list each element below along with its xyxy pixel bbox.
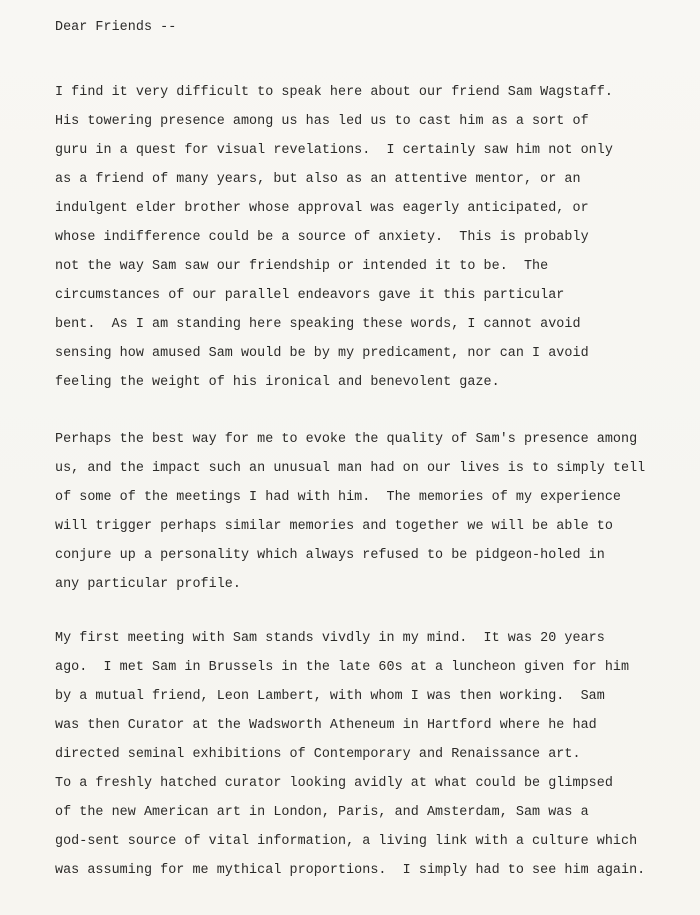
paragraph-3: My first meeting with Sam stands vivdly …: [55, 628, 695, 889]
paragraph-line: To a freshly hatched curator looking avi…: [55, 773, 695, 802]
paragraph-line: us, and the impact such an unusual man h…: [55, 458, 695, 487]
paragraph-line: of the new American art in London, Paris…: [55, 802, 695, 831]
paragraph-line: will trigger perhaps similar memories an…: [55, 516, 695, 545]
paragraph-line: was assuming for me mythical proportions…: [55, 860, 695, 889]
paragraph-line: any particular profile.: [55, 574, 695, 603]
salutation: Dear Friends --: [55, 17, 695, 46]
paragraph-line: directed seminal exhibitions of Contempo…: [55, 744, 695, 773]
paragraph-1: I find it very difficult to speak here a…: [55, 82, 695, 401]
paragraph-line: His towering presence among us has led u…: [55, 111, 695, 140]
paragraph-line: indulgent elder brother whose approval w…: [55, 198, 695, 227]
paragraph-line: by a mutual friend, Leon Lambert, with w…: [55, 686, 695, 715]
paragraph-line: Perhaps the best way for me to evoke the…: [55, 429, 695, 458]
letter-page: Dear Friends -- I find it very difficult…: [0, 0, 700, 915]
paragraph-line: as a friend of many years, but also as a…: [55, 169, 695, 198]
paragraph-line: circumstances of our parallel endeavors …: [55, 285, 695, 314]
letter-body: Dear Friends -- I find it very difficult…: [55, 17, 695, 915]
paragraph-line: My first meeting with Sam stands vivdly …: [55, 628, 695, 657]
paragraph-line: sensing how amused Sam would be by my pr…: [55, 343, 695, 372]
paragraph-line: feeling the weight of his ironical and b…: [55, 372, 695, 401]
paragraph-line: of some of the meetings I had with him. …: [55, 487, 695, 516]
paragraph-line: was then Curator at the Wadsworth Athene…: [55, 715, 695, 744]
paragraph-line: conjure up a personality which always re…: [55, 545, 695, 574]
paragraph-line: bent. As I am standing here speaking the…: [55, 314, 695, 343]
paragraph-line: I find it very difficult to speak here a…: [55, 82, 695, 111]
paragraph-line: ago. I met Sam in Brussels in the late 6…: [55, 657, 695, 686]
paragraph-line: god-sent source of vital information, a …: [55, 831, 695, 860]
paragraph-2: Perhaps the best way for me to evoke the…: [55, 429, 695, 603]
paragraph-line: not the way Sam saw our friendship or in…: [55, 256, 695, 285]
paragraph-line: whose indifference could be a source of …: [55, 227, 695, 256]
paragraph-line: guru in a quest for visual revelations. …: [55, 140, 695, 169]
